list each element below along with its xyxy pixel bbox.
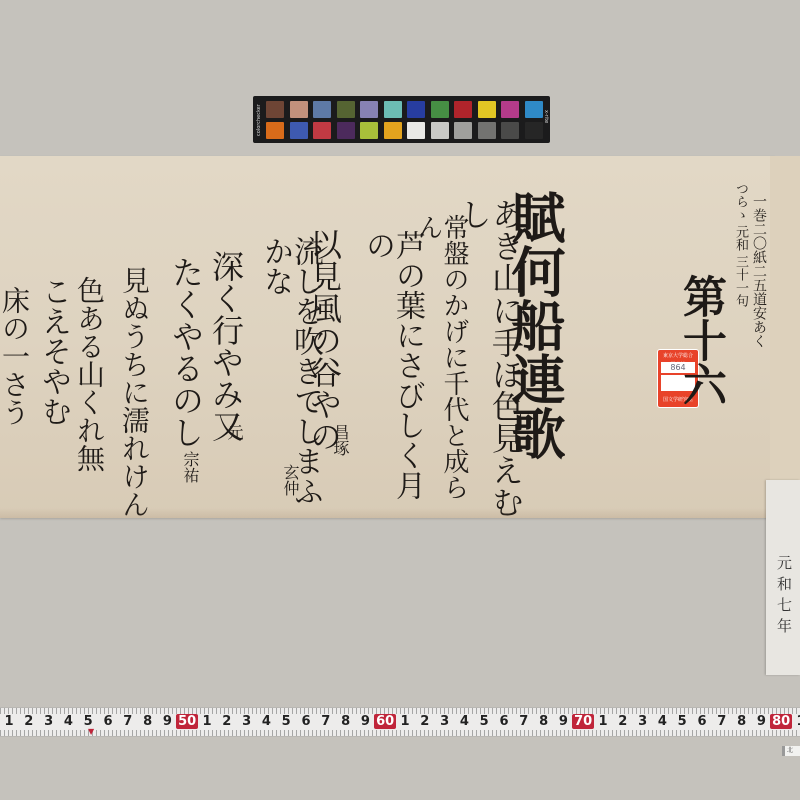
- color-patch: [290, 101, 308, 118]
- author-name-4: 宗祐: [182, 451, 198, 483]
- ruler-number: 60: [374, 714, 396, 729]
- color-patch: [525, 122, 543, 139]
- ruler-number: 8: [734, 714, 750, 729]
- note-line-2: つらゝ 元和 三十一句: [734, 182, 747, 307]
- ruler-number: 7: [120, 714, 136, 729]
- author-name-2: 玄仲: [282, 464, 298, 496]
- ruler-number: 5: [476, 714, 492, 729]
- note-line-1: 一巻二〇紙二五道安あく: [752, 194, 766, 348]
- ruler-number: 3: [239, 714, 255, 729]
- ruler-number: 1: [397, 714, 413, 729]
- color-patch: [407, 122, 425, 139]
- color-patch: [337, 101, 355, 118]
- text-column-8: 見ぬうちに濡れけん: [120, 266, 148, 518]
- text-column-9: 色ある山くれ無: [75, 276, 103, 472]
- color-patch: [290, 122, 308, 139]
- ruler-number: 3: [437, 714, 453, 729]
- ruler-number: 7: [318, 714, 334, 729]
- ruler-number: 2: [219, 714, 235, 729]
- ruler-number: 9: [753, 714, 769, 729]
- ruler-number: 8: [338, 714, 354, 729]
- ruler-number: 9: [159, 714, 175, 729]
- ruler-number: 2: [417, 714, 433, 729]
- color-checker-chart: colorchecker x-rite: [253, 96, 550, 143]
- color-patch: [525, 101, 543, 118]
- text-column-3: 芦の葉にさびしく月の: [362, 230, 422, 518]
- color-patch: [501, 122, 519, 139]
- ruler-number: 4: [456, 714, 472, 729]
- color-patch: [478, 101, 496, 118]
- color-patch: [384, 101, 402, 118]
- ruler-number: 8: [140, 714, 156, 729]
- date-tab-text: 元和七年: [774, 555, 795, 639]
- ruler-number: 9: [555, 714, 571, 729]
- ruler-number: 9: [357, 714, 373, 729]
- color-patch: [337, 122, 355, 139]
- ruler-number: 1: [793, 714, 800, 729]
- ruler-number: 1: [595, 714, 611, 729]
- color-patch: [266, 122, 284, 139]
- ruler-number: 2: [615, 714, 631, 729]
- color-patch: [407, 101, 425, 118]
- color-patch: [313, 122, 331, 139]
- color-patch: [384, 122, 402, 139]
- corner-tag: 北: [782, 746, 800, 756]
- document-heading: 第十六: [678, 274, 722, 406]
- color-patch: [431, 101, 449, 118]
- text-column-11: 床の一さう: [0, 286, 28, 426]
- text-column-7: たくやるのし: [170, 256, 202, 448]
- ruler-number: 80: [770, 714, 792, 729]
- ruler-number: 8: [536, 714, 552, 729]
- ruler-number: 6: [298, 714, 314, 729]
- color-patch: [431, 122, 449, 139]
- color-checker-brand: colorchecker: [256, 102, 264, 138]
- ruler-number: 7: [714, 714, 730, 729]
- author-name-3: 元: [226, 424, 242, 440]
- text-column-6: 深く行やみ又: [210, 250, 242, 442]
- color-patch: [501, 101, 519, 118]
- ruler-number: 1: [1, 714, 17, 729]
- ruler-number: 2: [21, 714, 37, 729]
- text-column-10: こえそやむ: [38, 276, 68, 426]
- author-name-1: 昌琢: [332, 424, 348, 456]
- scroll-edge: [770, 156, 800, 486]
- ruler-number: 5: [278, 714, 294, 729]
- document-scroll: 東京大学総合図書館 864 国文学研究室 一巻二〇紙二五道安あく つらゝ 元和 …: [0, 156, 775, 518]
- ruler-number: 50: [176, 714, 198, 729]
- ruler-marker-icon: ▼: [88, 727, 94, 736]
- ruler-number: 5: [674, 714, 690, 729]
- ruler-number: 4: [60, 714, 76, 729]
- ruler-number: 3: [635, 714, 651, 729]
- ruler-number: 3: [41, 714, 57, 729]
- color-patch: [454, 122, 472, 139]
- color-patch: [360, 101, 378, 118]
- ruler-number: 4: [654, 714, 670, 729]
- measuring-ruler: 1234567895012345678960123456789701234567…: [0, 707, 800, 737]
- ruler-number: 4: [258, 714, 274, 729]
- color-patch: [454, 101, 472, 118]
- ruler-number: 6: [694, 714, 710, 729]
- ruler-number: 7: [516, 714, 532, 729]
- ruler-ticks-bottom: [0, 730, 800, 736]
- color-patch: [360, 122, 378, 139]
- ruler-number: 6: [100, 714, 116, 729]
- ruler-number: 1: [199, 714, 215, 729]
- color-patch: [313, 101, 331, 118]
- date-tab-slip: 元和七年: [766, 480, 800, 675]
- color-patch: [266, 101, 284, 118]
- ruler-number: 6: [496, 714, 512, 729]
- color-patch: [478, 122, 496, 139]
- ruler-number: 70: [572, 714, 594, 729]
